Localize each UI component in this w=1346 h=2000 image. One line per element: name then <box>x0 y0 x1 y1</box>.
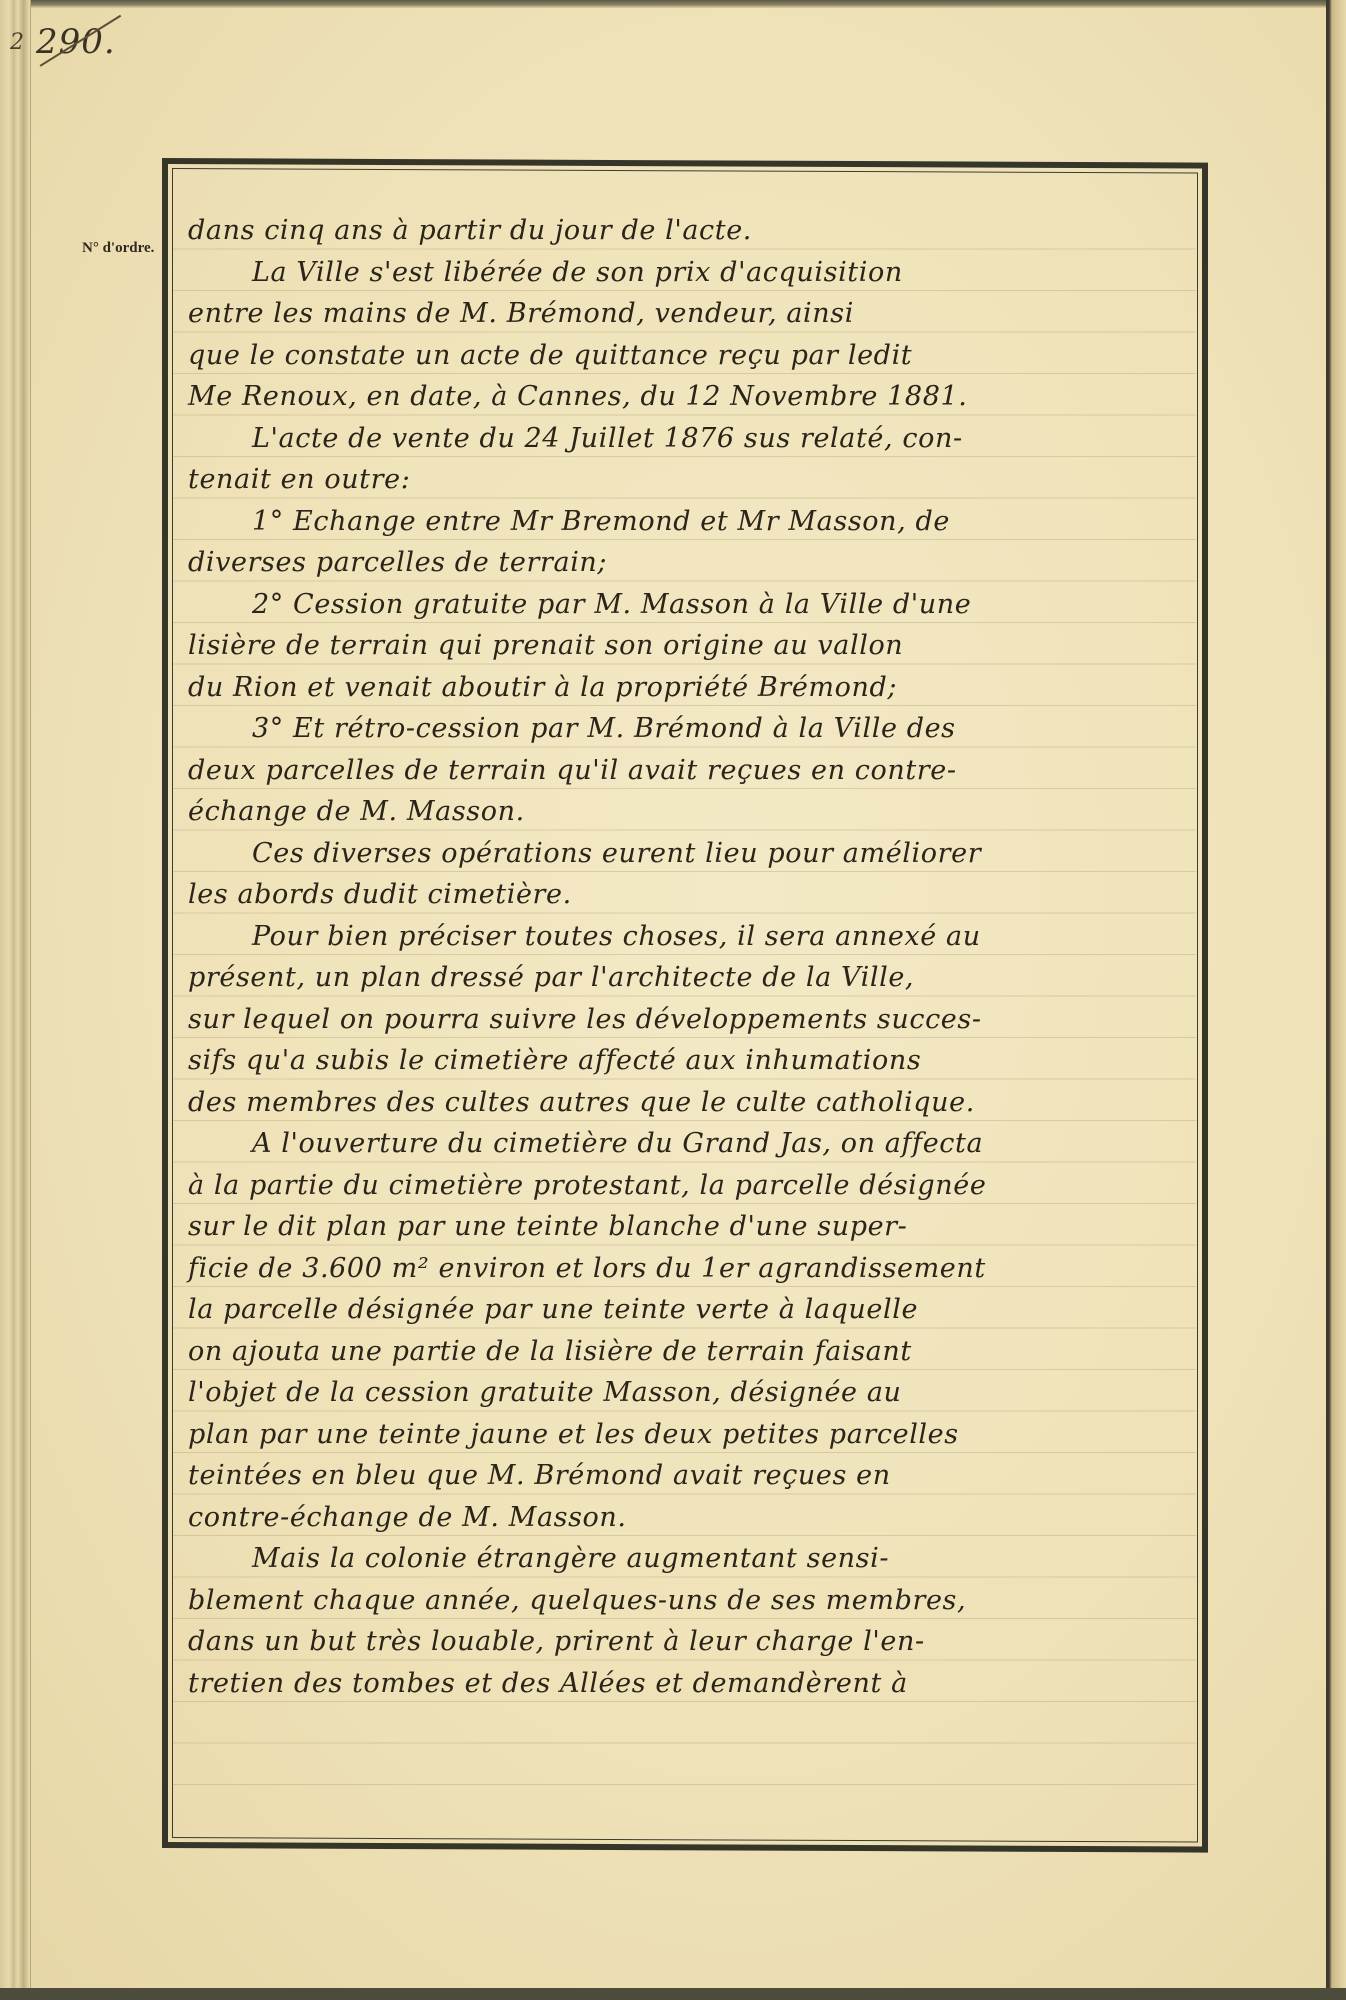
text-line: échange de M. Masson. <box>188 791 1188 833</box>
ledger-page: 2 290. N° d'ordre. dans cinq ans à parti… <box>0 0 1346 1990</box>
text-line: tretien des tombes et des Allées et dema… <box>188 1663 1188 1705</box>
text-line: lisière de terrain qui prenait son origi… <box>188 625 1188 667</box>
text-line: La Ville s'est libérée de son prix d'acq… <box>188 252 1188 294</box>
text-line: 2° Cession gratuite par M. Masson à la V… <box>188 584 1188 626</box>
page-top-edge <box>0 0 1346 8</box>
text-line: que le constate un acte de quittance reç… <box>188 335 1188 377</box>
text-line: ficie de 3.600 m² environ et lors du 1er… <box>188 1248 1188 1290</box>
text-line: dans un but très louable, prirent à leur… <box>188 1621 1188 1663</box>
text-line: sur lequel on pourra suivre les développ… <box>188 999 1188 1041</box>
text-line: on ajouta une partie de la lisière de te… <box>188 1331 1188 1373</box>
text-line: les abords dudit cimetière. <box>188 874 1188 916</box>
text-line: Ces diverses opérations eurent lieu pour… <box>188 833 1188 875</box>
text-line: présent, un plan dressé par l'architecte… <box>188 957 1188 999</box>
text-line: l'objet de la cession gratuite Masson, d… <box>188 1372 1188 1414</box>
text-line: L'acte de vente du 24 Juillet 1876 sus r… <box>188 418 1188 460</box>
right-gutter <box>1326 0 1346 2000</box>
order-number-label: N° d'ordre. <box>82 240 154 257</box>
text-line: Me Renoux, en date, à Cannes, du 12 Nove… <box>188 376 1188 418</box>
text-line: dans cinq ans à partir du jour de l'acte… <box>188 210 1188 252</box>
text-line: Mais la colonie étrangère augmentant sen… <box>188 1538 1188 1580</box>
text-line: plan par une teinte jaune et les deux pe… <box>188 1414 1188 1456</box>
text-line: sur le dit plan par une teinte blanche d… <box>188 1206 1188 1248</box>
folio-prefix: 2 <box>10 30 24 55</box>
text-line: diverses parcelles de terrain; <box>188 542 1188 584</box>
text-line: contre-échange de M. Masson. <box>188 1497 1188 1539</box>
text-line: entre les mains de M. Brémond, vendeur, … <box>188 293 1188 335</box>
text-line: du Rion et venait aboutir à la propriété… <box>188 667 1188 709</box>
text-line: 3° Et rétro-cession par M. Brémond à la … <box>188 708 1188 750</box>
text-line: sifs qu'a subis le cimetière affecté aux… <box>188 1040 1188 1082</box>
text-line: Pour bien préciser toutes choses, il ser… <box>188 916 1188 958</box>
text-line: deux parcelles de terrain qu'il avait re… <box>188 750 1188 792</box>
text-line: A l'ouverture du cimetière du Grand Jas,… <box>188 1123 1188 1165</box>
text-line: blement chaque année, quelques-uns de se… <box>188 1580 1188 1622</box>
text-line: teintées en bleu que M. Brémond avait re… <box>188 1455 1188 1497</box>
page-bottom-edge <box>0 1988 1346 2000</box>
text-line: des membres des cultes autres que le cul… <box>188 1082 1188 1124</box>
handwritten-text-block: dans cinq ans à partir du jour de l'acte… <box>188 210 1188 1704</box>
text-line: à la partie du cimetière protestant, la … <box>188 1165 1188 1207</box>
left-binding <box>0 0 31 1990</box>
text-line: tenait en outre: <box>188 459 1188 501</box>
text-line: 1° Echange entre Mr Bremond et Mr Masson… <box>188 501 1188 543</box>
text-line: la parcelle désignée par une teinte vert… <box>188 1289 1188 1331</box>
